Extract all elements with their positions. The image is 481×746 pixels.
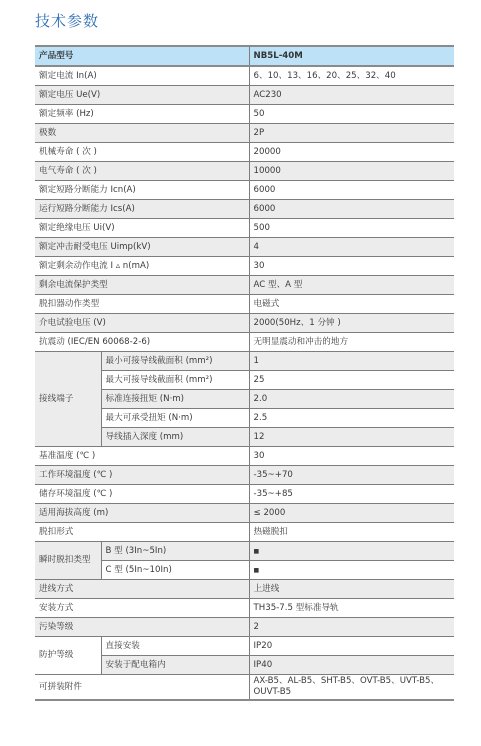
row-label: 最大可承受扭矩 (N·m) [101,409,249,428]
row-label: 额定电压 Ue(V) [35,86,249,105]
row-label: 可拼装附件 [35,675,249,701]
row-value: -35~+85 [249,485,454,504]
row-value: 电磁式 [249,295,454,314]
row-label: B 型 (3In~5In) [101,542,249,561]
row-label: 额定绝缘电压 Ui(V) [35,219,249,238]
row-label: 最小可接导线截面积 (mm²) [101,352,249,371]
row-value: 无明显震动和冲击的地方 [249,333,454,352]
table-row: 额定短路分断能力 Icn(A)6000 [35,181,454,200]
row-label: 额定短路分断能力 Icn(A) [35,181,249,200]
row-value: 30 [249,257,454,276]
row-value: 500 [249,219,454,238]
table-row: 可拼装附件 AX-B5、AL-B5、SHT-B5、OVT-B5、UVT-B5、O… [35,675,454,701]
spec-table: 产品型号 NB5L-40M 额定电流 In(A)6、10、13、16、20、25… [35,45,454,701]
table-row: 进线方式上进线 [35,580,454,599]
row-label: 额定电流 In(A) [35,66,249,86]
row-value: 10000 [249,162,454,181]
row-value: 12 [249,428,454,447]
table-row: 适用海拔高度 (m)≤ 2000 [35,504,454,523]
row-value: 20000 [249,143,454,162]
header-value: NB5L-40M [249,46,454,66]
row-label: 安装方式 [35,599,249,618]
row-value: TH35-7.5 型标准导轨 [249,599,454,618]
row-value: -35~+70 [249,466,454,485]
row-label: 适用海拔高度 (m) [35,504,249,523]
row-value: 1 [249,352,454,371]
row-value: ■ [249,542,454,561]
table-row: 接线端子 最小可接导线截面积 (mm²) 1 [35,352,454,371]
row-label: 抗震动 (IEC/EN 60068-2-6) [35,333,249,352]
row-value: 2P [249,124,454,143]
table-row: 额定冲击耐受电压 Uimp(kV)4 [35,238,454,257]
table-row: 额定电压 Ue(V)AC230 [35,86,454,105]
row-label: 运行短路分断能力 Ics(A) [35,200,249,219]
row-value: 6000 [249,200,454,219]
row-label: 储存环境温度 (℃ ) [35,485,249,504]
row-value: 2.5 [249,409,454,428]
group-label-trip: 瞬时脱扣类型 [35,542,101,580]
table-row: 防护等级 直接安装 IP20 [35,637,454,656]
table-row: 极数2P [35,124,454,143]
row-value: 上进线 [249,580,454,599]
row-value: IP40 [249,656,454,675]
row-value: 50 [249,105,454,124]
row-value: 30 [249,447,454,466]
group-label-protection: 防护等级 [35,637,101,675]
row-label: 安装于配电箱内 [101,656,249,675]
table-row: 介电试验电压 (V)2000(50Hz、1 分钟 ) [35,314,454,333]
page-title: 技术参数 [35,10,99,31]
row-value: 25 [249,371,454,390]
table-row: 储存环境温度 (℃ )-35~+85 [35,485,454,504]
table-row: 工作环境温度 (℃ )-35~+70 [35,466,454,485]
row-label: 介电试验电压 (V) [35,314,249,333]
row-value: ≤ 2000 [249,504,454,523]
row-label: 脱扣器动作类型 [35,295,249,314]
row-label: 剩余电流保护类型 [35,276,249,295]
row-label: 污染等级 [35,618,249,637]
row-value: AC230 [249,86,454,105]
table-row: 额定电流 In(A)6、10、13、16、20、25、32、40 [35,66,454,86]
table-row: 运行短路分断能力 Ics(A)6000 [35,200,454,219]
table-row: 额定频率 (Hz)50 [35,105,454,124]
table-row: 瞬时脱扣类型 B 型 (3In~5In) ■ [35,542,454,561]
row-label: 脱扣形式 [35,523,249,542]
row-label: 额定频率 (Hz) [35,105,249,124]
row-label: 标准连接扭矩 (N·m) [101,390,249,409]
row-value: 6、10、13、16、20、25、32、40 [249,66,454,86]
table-row: 脱扣形式热磁脱扣 [35,523,454,542]
row-label: 极数 [35,124,249,143]
row-label: 额定剩余动作电流 I ▵ n(mA) [35,257,249,276]
row-label: 电气寿命 ( 次 ) [35,162,249,181]
row-value: ■ [249,561,454,580]
table-header-row: 产品型号 NB5L-40M [35,46,454,66]
row-label: 进线方式 [35,580,249,599]
table-row: 污染等级2 [35,618,454,637]
table-row: 安装方式TH35-7.5 型标准导轨 [35,599,454,618]
row-label: 机械寿命 ( 次 ) [35,143,249,162]
row-value: 4 [249,238,454,257]
row-value: 2 [249,618,454,637]
row-label: 额定冲击耐受电压 Uimp(kV) [35,238,249,257]
row-label: 工作环境温度 (℃ ) [35,466,249,485]
table-row: 剩余电流保护类型AC 型、A 型 [35,276,454,295]
row-label: 直接安装 [101,637,249,656]
row-label: 基准温度 (℃ ) [35,447,249,466]
group-label-terminal: 接线端子 [35,352,101,447]
row-label: C 型 (5In~10In) [101,561,249,580]
table-row: 额定绝缘电压 Ui(V)500 [35,219,454,238]
table-row: 基准温度 (℃ )30 [35,447,454,466]
row-value: 热磁脱扣 [249,523,454,542]
row-value: 2000(50Hz、1 分钟 ) [249,314,454,333]
row-value: IP20 [249,637,454,656]
row-value: AC 型、A 型 [249,276,454,295]
row-label: 最大可接导线截面积 (mm²) [101,371,249,390]
row-label: 导线插入深度 (mm) [101,428,249,447]
row-value: AX-B5、AL-B5、SHT-B5、OVT-B5、UVT-B5、OUVT-B5 [249,675,454,701]
table-row: 电气寿命 ( 次 )10000 [35,162,454,181]
table-row: 抗震动 (IEC/EN 60068-2-6)无明显震动和冲击的地方 [35,333,454,352]
row-value: 2.0 [249,390,454,409]
header-label: 产品型号 [35,46,249,66]
table-row: 脱扣器动作类型电磁式 [35,295,454,314]
table-row: 机械寿命 ( 次 )20000 [35,143,454,162]
table-row: 额定剩余动作电流 I ▵ n(mA)30 [35,257,454,276]
row-value: 6000 [249,181,454,200]
